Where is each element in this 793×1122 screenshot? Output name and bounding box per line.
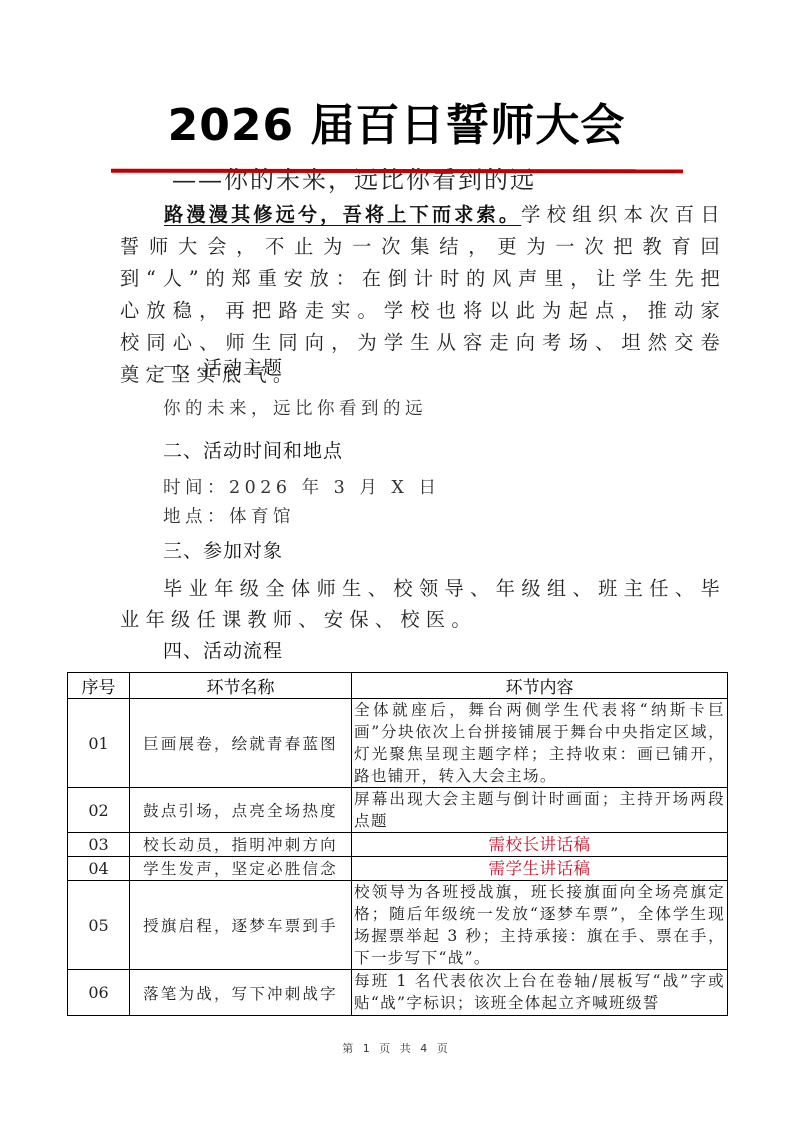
row-content: 校领导为各班授战旗，班长接旗面向全场亮旗定格；随后年级统一发放“逐梦车票”，全体… (352, 881, 728, 970)
row-number: 03 (68, 833, 130, 857)
column-header-content: 环节内容 (352, 673, 728, 699)
theme-text: 你的未来，远比你看到的远 (163, 394, 427, 424)
row-name: 鼓点引场，点亮全场热度 (130, 788, 352, 833)
table-row: 03 校长动员，指明冲刺方向 需校长讲话稿 (68, 833, 728, 857)
red-divider-line (111, 169, 683, 173)
table-row: 02 鼓点引场，点亮全场热度 屏幕出现大会主题与倒计时画面；主持开场两段点题 (68, 788, 728, 833)
document-page: 2026 届百日誓师大会 ——你的未来，远比你看到的远 路漫漫其修远兮，吾将上下… (0, 0, 793, 1122)
table-row: 06 落笔为战，写下冲刺战字 每班 1 名代表依次上台在卷轴/展板写“战”字或贴… (68, 970, 728, 1016)
section-heading-theme: 一、活动主题 (163, 352, 283, 384)
row-name: 授旗启程，逐梦车票到手 (130, 881, 352, 970)
row-content: 每班 1 名代表依次上台在卷轴/展板写“战”字或贴“战”字标识；该班全体起立齐喊… (352, 970, 728, 1016)
row-name: 落笔为战，写下冲刺战字 (130, 970, 352, 1016)
table-row: 04 学生发声，坚定必胜信念 需学生讲话稿 (68, 857, 728, 881)
row-name: 学生发声，坚定必胜信念 (130, 857, 352, 881)
row-number: 01 (68, 699, 130, 788)
section-heading-time-place: 二、活动时间和地点 (163, 435, 343, 467)
table-row: 01 巨画展卷，绘就青春蓝图 全体就座后，舞台两侧学生代表将“纳斯卡巨画”分块依… (68, 699, 728, 788)
table-header-row: 序号 环节名称 环节内容 (68, 673, 728, 699)
row-number: 05 (68, 881, 130, 970)
event-location: 地点：体育馆 (163, 502, 295, 532)
row-name: 校长动员，指明冲刺方向 (130, 833, 352, 857)
column-header-number: 序号 (68, 673, 130, 699)
row-content: 屏幕出现大会主题与倒计时画面；主持开场两段点题 (352, 788, 728, 833)
row-content: 全体就座后，舞台两侧学生代表将“纳斯卡巨画”分块依次上台拼接铺展于舞台中央指定区… (352, 699, 728, 788)
column-header-name: 环节名称 (130, 673, 352, 699)
row-content-placeholder: 需学生讲话稿 (352, 857, 728, 881)
event-time: 时间：2026 年 3 月 X 日 (163, 473, 440, 503)
page-footer: 第 1 页 共 4 页 (0, 1040, 793, 1056)
document-subtitle: ——你的未来，远比你看到的远 (172, 160, 536, 200)
activity-flow-table: 序号 环节名称 环节内容 01 巨画展卷，绘就青春蓝图 全体就座后，舞台两侧学生… (67, 672, 728, 1016)
document-title: 2026 届百日誓师大会 (0, 96, 793, 156)
section-heading-flow: 四、活动流程 (163, 635, 283, 667)
row-number: 04 (68, 857, 130, 881)
table-row: 05 授旗启程，逐梦车票到手 校领导为各班授战旗，班长接旗面向全场亮旗定格；随后… (68, 881, 728, 970)
row-name: 巨画展卷，绘就青春蓝图 (130, 699, 352, 788)
participants-text: 毕业年级全体师生、校领导、年级组、班主任、毕业年级任课教师、安保、校医。 (120, 573, 726, 635)
intro-lead-quote: 路漫漫其修远兮，吾将上下而求索。 (164, 203, 521, 226)
row-number: 06 (68, 970, 130, 1016)
section-heading-participants: 三、参加对象 (163, 535, 283, 567)
row-number: 02 (68, 788, 130, 833)
row-content-placeholder: 需校长讲话稿 (352, 833, 728, 857)
